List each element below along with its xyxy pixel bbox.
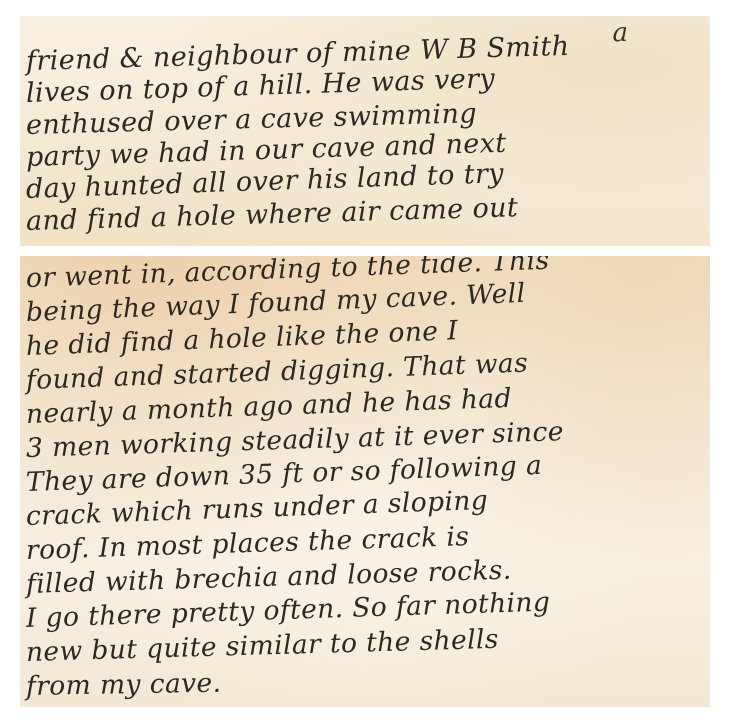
handwritten-lines-top: friend & neighbour of mine W B Smith liv… (26, 46, 704, 238)
letter-panel-bottom: or went in, according to the tide. This … (20, 256, 710, 707)
letter-panel-top: a friend & neighbour of mine W B Smith l… (20, 16, 710, 246)
handwritten-lines-bottom: or went in, according to the tide. This … (26, 262, 704, 704)
